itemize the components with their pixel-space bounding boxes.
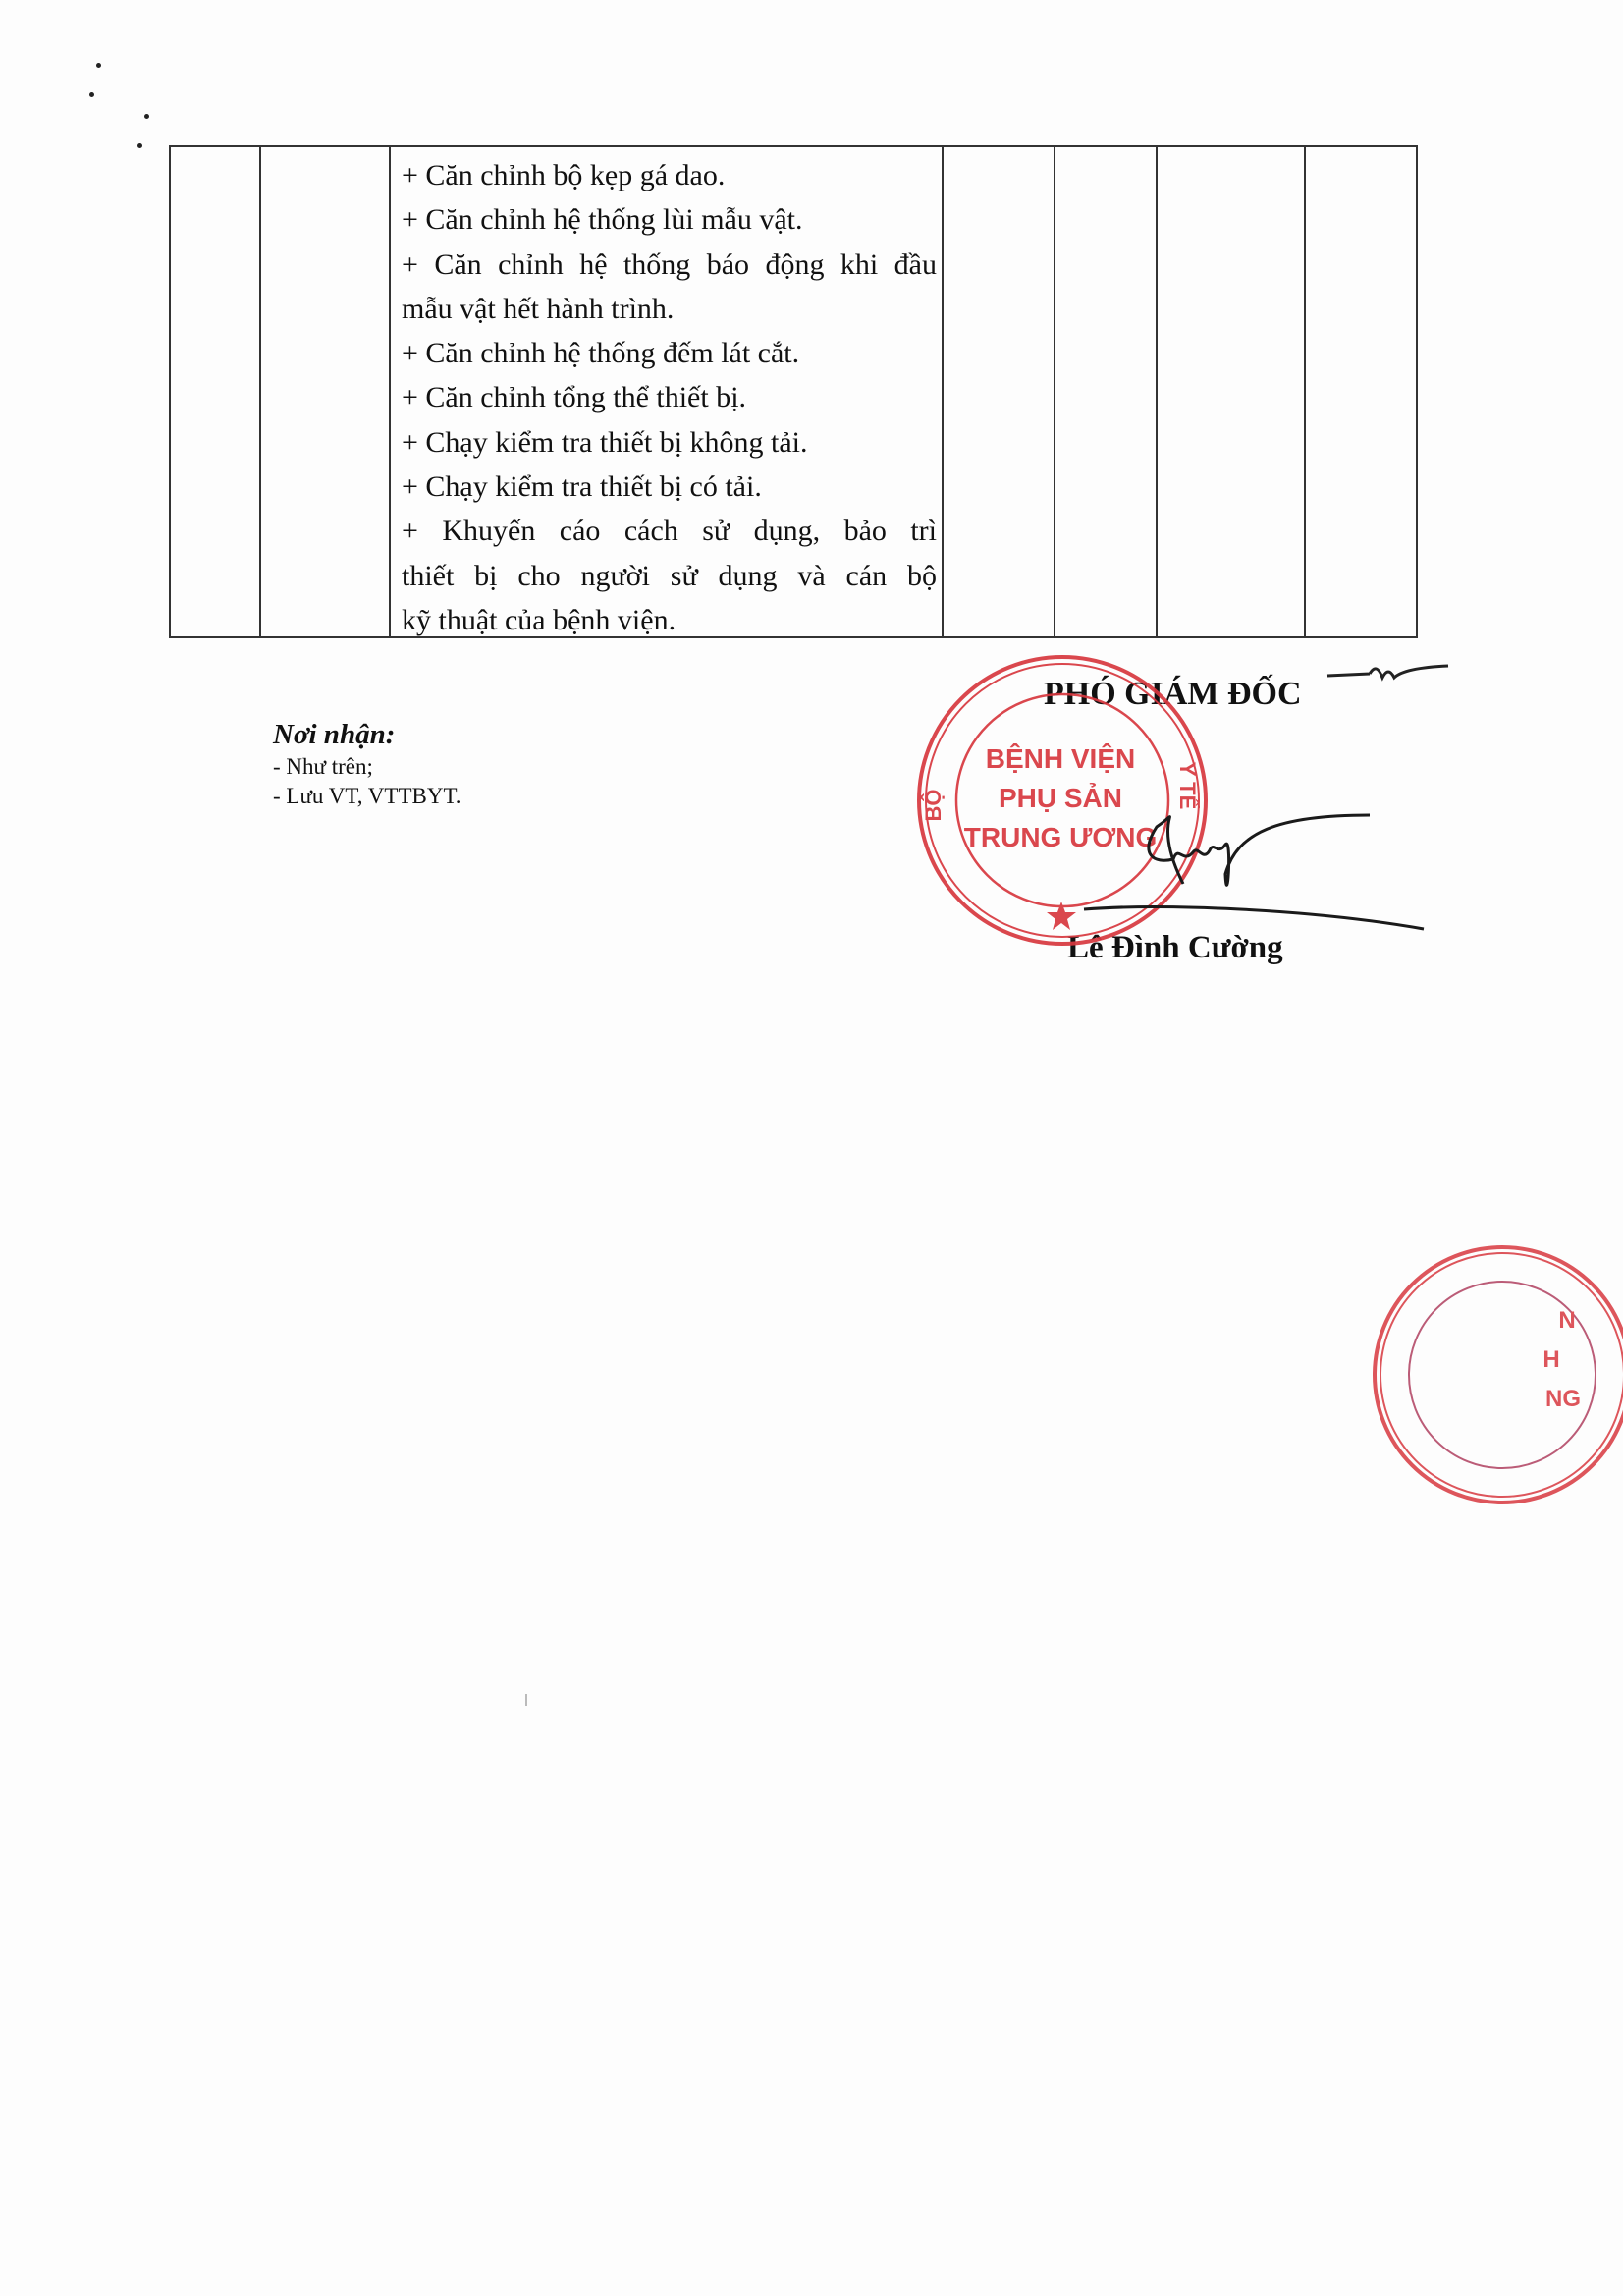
signature-stroke (1149, 815, 1370, 885)
stamp-fragment: NG (1545, 1386, 1581, 1412)
stamp-line: BỆNH VIỆN (986, 743, 1135, 774)
stamp-ring-text: BỘ (921, 790, 946, 822)
official-stamp: BỆNH VIỆN PHỤ SẢN TRUNG ƯƠNG BỘ Y TẾ (919, 657, 1206, 944)
stamp-signature-layer: BỆNH VIỆN PHỤ SẢN TRUNG ƯƠNG BỘ Y TẾ N H… (0, 0, 1623, 2296)
scan-mark (525, 1694, 527, 1706)
stamp-ring-text: Y TẾ (1175, 762, 1200, 810)
stamp-line: PHỤ SẢN (999, 782, 1122, 813)
stamp-fragment: N (1558, 1307, 1575, 1334)
stamp-fragment: H (1542, 1346, 1559, 1373)
partial-stamp: N H NG (1375, 1247, 1623, 1503)
initial-mark (1327, 666, 1448, 678)
stamp-line: TRUNG ƯƠNG (964, 822, 1157, 852)
